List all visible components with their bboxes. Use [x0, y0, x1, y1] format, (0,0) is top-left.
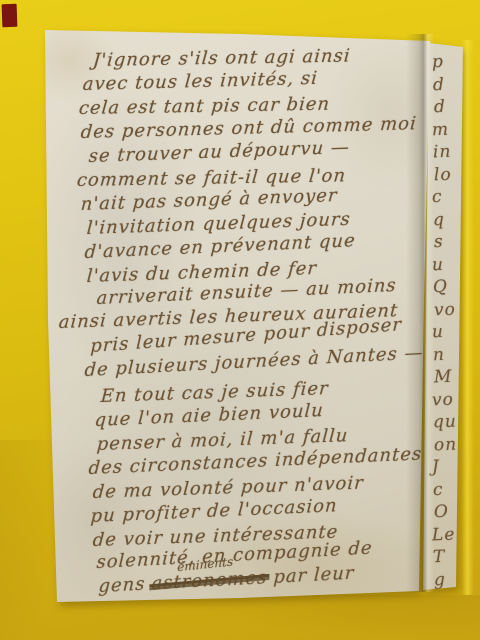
right-page-fragment: qu — [433, 412, 458, 433]
right-page-fragment: lo — [434, 164, 452, 185]
right-page-fragment: d — [433, 74, 446, 94]
right-page-fragment: M — [434, 367, 453, 388]
right-page-fragment: in — [433, 142, 452, 163]
right-page-fragment: g — [434, 569, 447, 589]
handwritten-line: cela est tant pis car bien — [78, 94, 331, 119]
right-page-fragment: d — [434, 97, 447, 117]
struck-out-word: astronomes — [151, 567, 268, 594]
handwritten-line: avec tous les invités, si — [82, 68, 319, 95]
right-page-fragment: n — [433, 344, 446, 364]
last-line-pre: gens — [98, 573, 146, 597]
background-highlight — [462, 40, 474, 595]
last-line-post: par leur — [273, 563, 355, 588]
right-page-fragment: on — [434, 434, 458, 455]
right-page-fragment: m — [432, 119, 450, 140]
right-page-fragment: vo — [432, 389, 455, 410]
right-page-fragment: s — [434, 232, 444, 252]
right-page-fragment: Q — [433, 277, 449, 298]
right-page-fragment: Le — [432, 524, 456, 545]
right-page-fragment: vo — [434, 299, 457, 320]
page-fold-crease — [406, 34, 434, 592]
photo-scene: J'ignore s'ils ont agi ainsiavec tous le… — [0, 0, 480, 640]
right-page-fragment: T — [433, 547, 446, 567]
right-page-fragment: c — [433, 479, 444, 499]
right-page-fragment: q — [433, 209, 446, 229]
right-page-fragment: O — [434, 502, 450, 523]
